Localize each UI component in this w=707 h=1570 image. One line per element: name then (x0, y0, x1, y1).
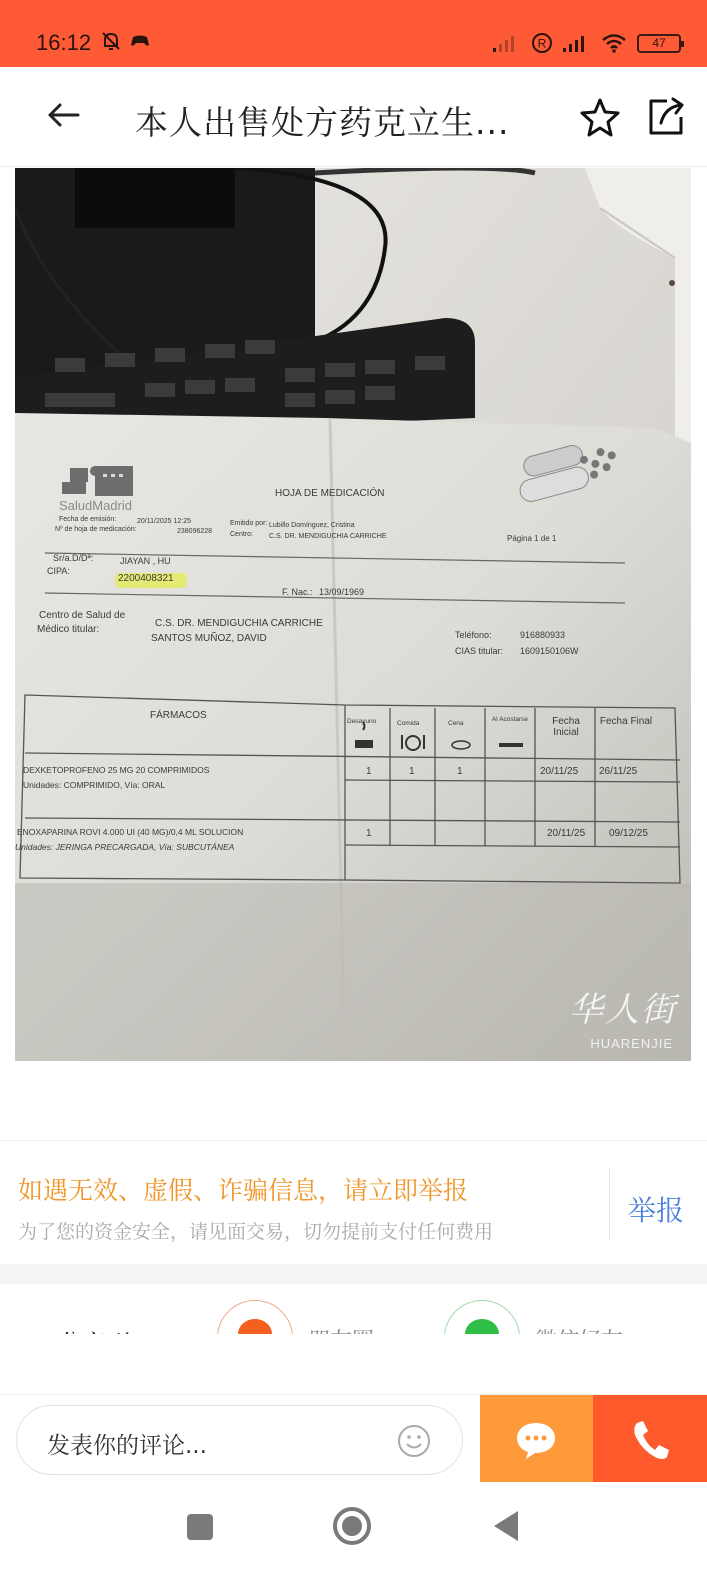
doc-doctor-label: Médico titular: (37, 624, 99, 635)
game-controller-icon (130, 33, 150, 49)
svg-text:R: R (538, 37, 547, 51)
share-wechat-button[interactable] (444, 1300, 520, 1334)
phone-icon (593, 1395, 707, 1483)
comment-input[interactable]: 发表你的评论... (16, 1405, 463, 1475)
row1-fecha-inicial: 20/11/25 (540, 766, 578, 777)
doc-birth-value: 13/09/1969 (319, 587, 364, 597)
row1-fecha-final: 26/11/25 (599, 766, 637, 777)
home-button[interactable] (333, 1507, 371, 1545)
report-subtitle: 为了您的资金安全，请见面交易，切勿提前支付任何费用 (18, 1217, 493, 1244)
emoji-button[interactable] (397, 1424, 431, 1458)
doc-patient-value: JIAYAN , HU (120, 556, 171, 566)
doc-cias-value: 1609150106W (520, 646, 579, 656)
share-moments-label: 朋友圈 (308, 1324, 374, 1334)
row1-comida: 1 (409, 766, 415, 777)
doc-emission-value: 20/11/2025 12:25 (137, 518, 191, 525)
report-banner: 如遇无效、虚假、诈骗信息，请立即举报 为了您的资金安全，请见面交易，切勿提前支付… (0, 1140, 707, 1264)
table-header-fecha-final: Fecha Final (599, 716, 653, 727)
bell-off-icon (100, 30, 122, 52)
system-nav-bar (0, 1482, 707, 1570)
row1-drug: DEXKETOPROFENO 25 MG 20 COMPRIMIDOS (23, 765, 209, 775)
status-bar: 16:12 R 47 (0, 0, 707, 67)
doc-phone-label: Teléfono: (455, 630, 492, 640)
doc-phone-value: 916880933 (520, 630, 565, 640)
row1-cena: 1 (457, 766, 463, 777)
report-button[interactable]: 举报 (628, 1189, 684, 1229)
share-wechat-label: 微信好友 (535, 1324, 623, 1334)
doc-title: HOJA DE MEDICACIÓN (275, 488, 384, 499)
doc-cipa-value: 2200408321 (118, 573, 174, 584)
row2-fecha-final: 09/12/25 (609, 828, 648, 839)
doc-emission-label: Fecha de emisión: (59, 516, 116, 523)
doc-health-center-value: C.S. DR. MENDIGUCHIA CARRICHE (155, 618, 323, 629)
doc-doctor-value: SANTOS MUÑOZ, DAVID (151, 633, 267, 644)
doc-issued-by-value: Lubillo Domínguez, Cristina (269, 522, 355, 529)
doc-sheet-no-value: 238096228 (177, 528, 212, 535)
doc-page: Página 1 de 1 (507, 534, 556, 543)
section-divider (0, 1264, 707, 1284)
share-button[interactable] (645, 95, 689, 139)
status-time: 16:12 (36, 30, 91, 56)
table-header-comida: Comida (397, 720, 419, 727)
doc-center-label: Centro: (230, 531, 253, 538)
report-title: 如遇无效、虚假、诈骗信息，请立即举报 (18, 1171, 468, 1207)
moments-icon (238, 1319, 272, 1334)
comment-bar: 发表你的评论... (0, 1394, 707, 1482)
table-header-farmacos: FÁRMACOS (150, 710, 207, 721)
doc-health-center-label: Centro de Salud de (39, 610, 125, 621)
row2-fecha-inicial: 20/11/25 (547, 828, 585, 839)
doc-issued-by-label: Emitido por: (230, 520, 267, 527)
table-header-desayuno: Desayuno (347, 718, 376, 725)
call-button[interactable] (593, 1395, 707, 1483)
share-row: 分享到 朋友圈 微信好友 (0, 1284, 707, 1334)
page-title: 本人出售处方药克立生... (135, 97, 509, 144)
chat-button[interactable] (480, 1395, 593, 1483)
wechat-icon (465, 1319, 499, 1334)
report-divider (609, 1169, 610, 1239)
share-icon (645, 95, 687, 137)
favorite-button[interactable] (580, 97, 620, 137)
share-moments-button[interactable] (217, 1300, 293, 1334)
star-icon (580, 97, 620, 137)
watermark-en: HUARENJIE (590, 1036, 673, 1051)
nav-back-button[interactable] (494, 1511, 518, 1541)
battery-indicator: 47 (637, 34, 681, 53)
wifi-icon (601, 33, 627, 53)
row1-units: Unidades: COMPRIMIDO, Vía: ORAL (23, 780, 165, 790)
status-left-icons (100, 30, 150, 52)
post-photo[interactable]: SaludMadrid HOJA DE MEDICACIÓN Fecha de … (15, 168, 691, 1061)
smiley-icon (397, 1424, 431, 1458)
app-header: 本人出售处方药克立生... (0, 67, 707, 167)
doc-logo-text: SaludMadrid (59, 498, 132, 513)
back-button[interactable] (44, 95, 92, 143)
table-header-cena: Cena (448, 720, 464, 727)
row2-desayuno: 1 (366, 828, 372, 839)
arrow-left-icon (44, 95, 84, 135)
doc-cias-label: CIAS titular: (455, 646, 503, 656)
doc-patient-label: Sr/a.D/Dª: (53, 553, 93, 563)
chat-bubble-icon (480, 1395, 593, 1483)
doc-birth-label: F. Nac.: (282, 587, 313, 597)
doc-center-value: C.S. DR. MENDIGUCHIA CARRICHE (269, 533, 386, 540)
row2-drug: ENOXAPARINA ROVI 4.000 UI (40 MG)/0,4 ML… (17, 827, 243, 837)
signal-icon (563, 34, 591, 52)
comment-placeholder: 发表你的评论... (47, 1427, 207, 1460)
watermark-cn: 华人街 (569, 982, 677, 1031)
row2-units: Unidades: JERINGA PRECARGADA, Vía: SUBCU… (15, 842, 234, 852)
recent-apps-button[interactable] (187, 1514, 213, 1540)
signal-weak-icon (493, 34, 521, 52)
doc-cipa-label: CIPA: (47, 566, 70, 576)
table-header-fecha-inicial: Fecha Inicial (539, 716, 593, 738)
table-header-acostarse: Al Acostarse (486, 716, 534, 724)
row1-desayuno: 1 (366, 766, 372, 777)
roaming-r-icon: R (531, 32, 553, 54)
share-label: 分享到 (58, 1324, 130, 1334)
doc-sheet-no-label: Nº de hoja de medicación: (55, 526, 137, 533)
status-right-icons: R 47 (493, 32, 681, 54)
